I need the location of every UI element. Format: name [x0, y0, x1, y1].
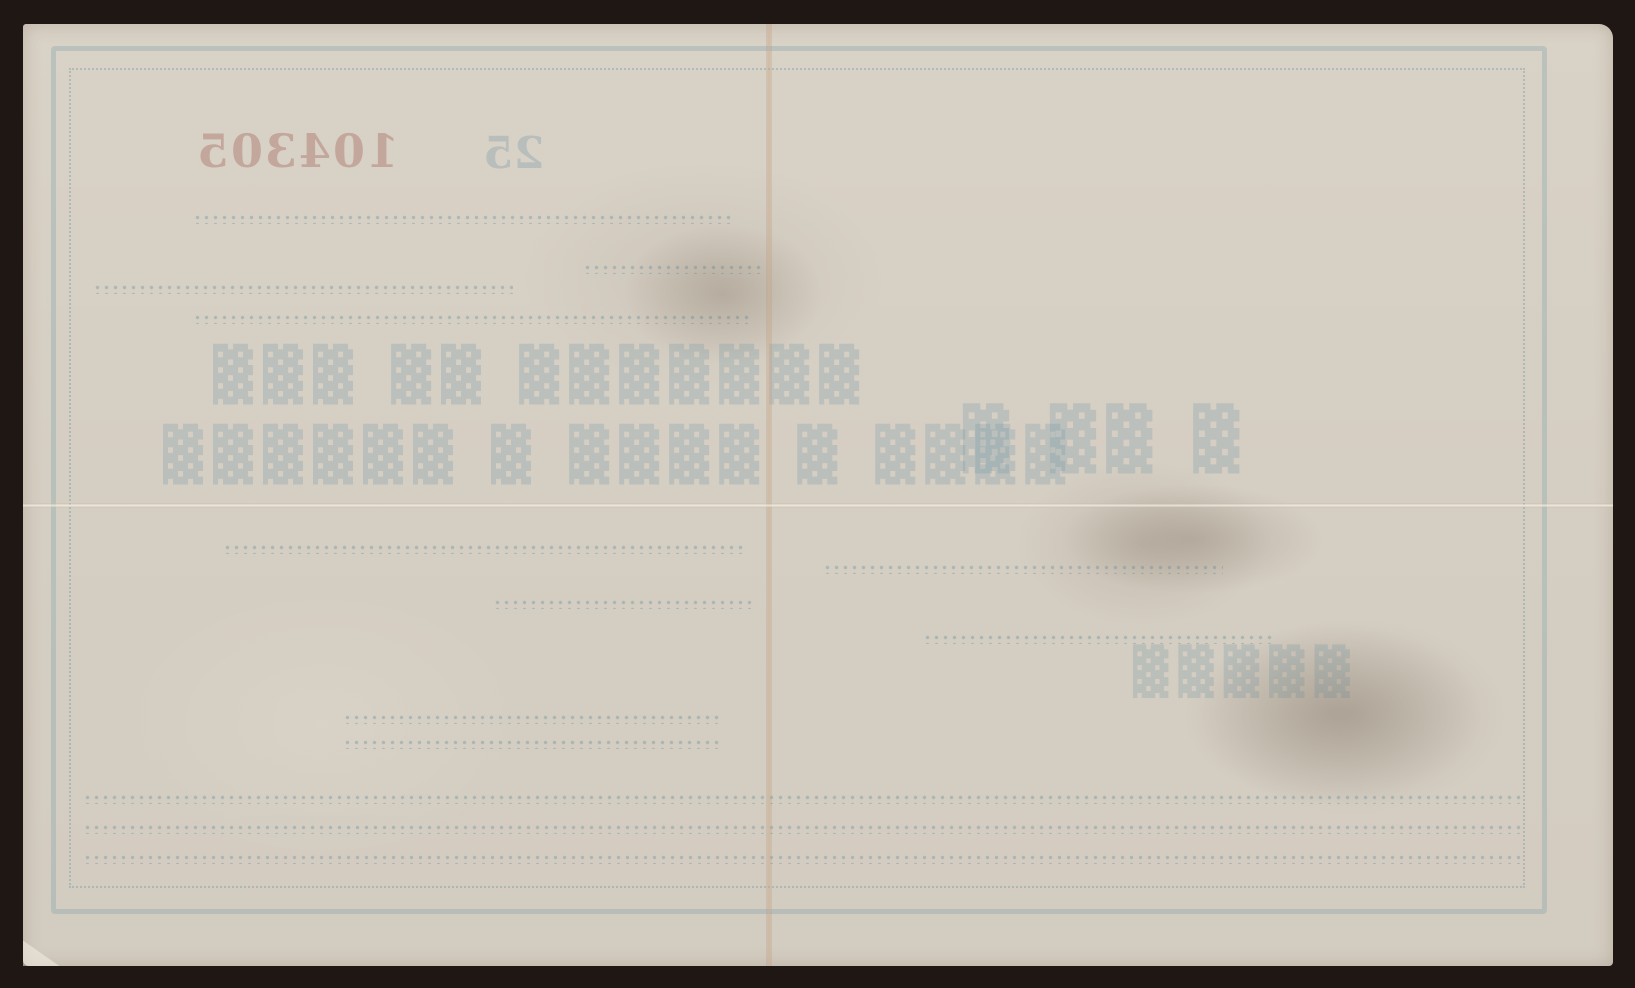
text-show-through	[343, 714, 723, 724]
text-show-through: ▓ ▓▓ ▓	[953, 404, 1239, 474]
text-show-through: ▓▓▓▓ ▓ ▓▓▓▓ ▓ ▓▓▓▓▓▓	[153, 424, 1065, 485]
corner-crease	[23, 938, 63, 966]
horizontal-fold-line	[23, 503, 1613, 508]
vertical-fold-line	[766, 24, 772, 966]
text-show-through	[923, 634, 1273, 644]
stain	[1063, 484, 1323, 594]
text-show-through	[493, 599, 753, 609]
banknote: 104305 25 ▓▓▓▓▓▓▓ ▓▓ ▓▓▓ ▓▓▓▓ ▓ ▓▓▓▓ ▓ ▓…	[23, 24, 1613, 966]
denomination-show-through: 25	[483, 128, 544, 179]
text-show-through	[83, 824, 1523, 834]
text-show-through	[93, 284, 513, 294]
serial-number-show-through: 104305	[195, 124, 399, 178]
stain	[1183, 624, 1483, 804]
text-show-through	[83, 854, 1523, 864]
text-show-through	[343, 739, 723, 749]
stain	[623, 224, 823, 364]
text-show-through	[223, 544, 743, 554]
text-show-through	[193, 214, 733, 224]
